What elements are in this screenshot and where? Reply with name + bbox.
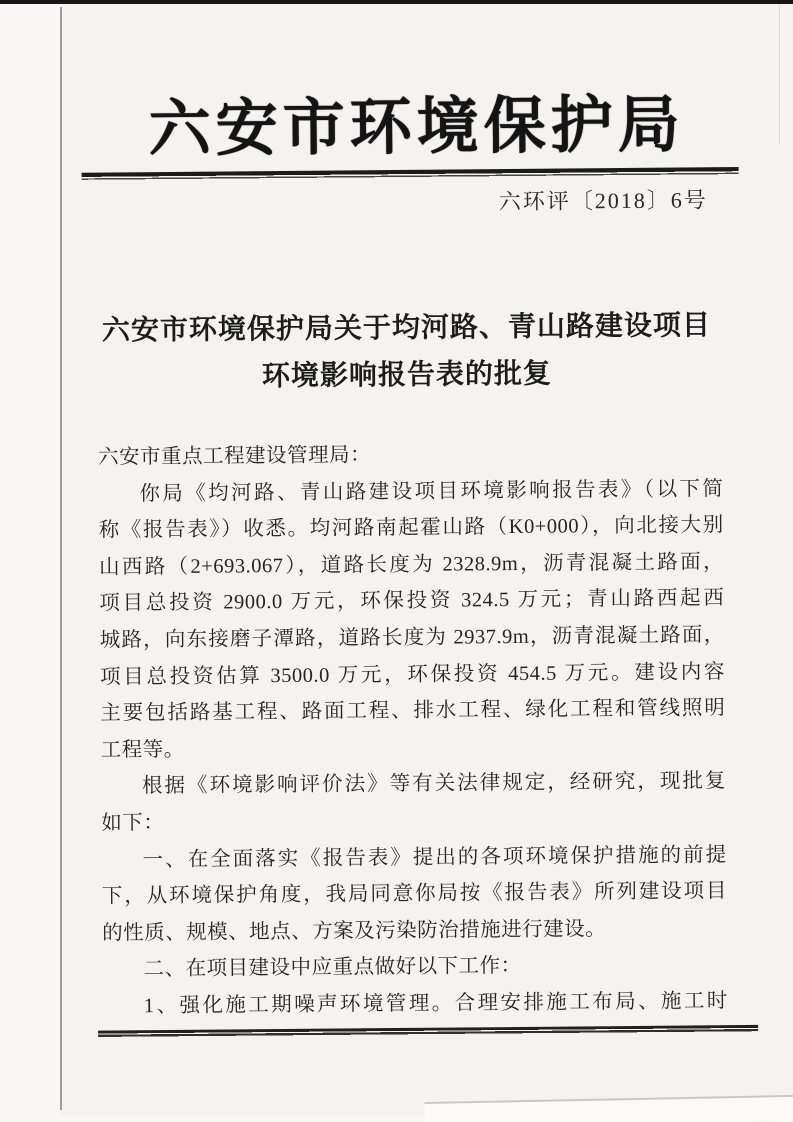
body-line: 下，从环境保护角度，我局同意你局按《报告表》所列建设项目 <box>102 873 727 915</box>
document-content: 六安市环境保护局 六环评〔2018〕6号 六安市环境保护局关于均河路、青山路建设… <box>0 0 793 1122</box>
body-line-subitem-1: 1、强化施工期噪声环境管理。合理安排施工布局、施工时 <box>103 983 728 1025</box>
agency-header: 六安市环境保护局 <box>20 82 793 173</box>
body-line: 根据《环境影响评价法》等有关法律规定，经研究，现批复 <box>101 764 726 806</box>
body-line: 主要包括路基工程、路面工程、排水工程、绿化工程和管线照明 <box>100 690 725 732</box>
body-line: 你局《均河路、青山路建设项目环境影响报告表》（以下简 <box>98 471 723 513</box>
body-line-item-2: 二、在项目建设中应重点做好以下工作： <box>102 946 727 988</box>
body-text: 六安市重点工程建设管理局： 你局《均河路、青山路建设项目环境影响报告表》（以下简… <box>98 434 728 1025</box>
body-line: 城路，向东接磨子潭路，道路长度为 2937.9m，沥青混凝土路面， <box>100 617 725 659</box>
body-line: 山西路（2+693.067），道路长度为 2328.9m，沥青混凝土路面， <box>99 544 724 586</box>
body-line-item-1: 一、在全面落实《报告表》提出的各项环境保护措施的前提 <box>101 837 726 879</box>
document-title-line2: 环境影响报告表的批复 <box>10 348 793 402</box>
body-line-salutation: 六安市重点工程建设管理局： <box>98 434 723 476</box>
body-line: 如下： <box>101 800 726 842</box>
document-title: 六安市环境保护局关于均河路、青山路建设项目 环境影响报告表的批复 <box>10 301 793 402</box>
body-line: 的性质、规模、地点、方案及污染防治措施进行建设。 <box>102 910 727 952</box>
footer-rule <box>98 1025 758 1038</box>
body-line: 项目总投资 2900.0 万元，环保投资 324.5 万元；青山路西起西 <box>99 581 724 623</box>
doc-number: 六环评〔2018〕6号 <box>499 183 708 216</box>
scan-page: 六安市环境保护局 六环评〔2018〕6号 六安市环境保护局关于均河路、青山路建设… <box>0 0 793 1122</box>
body-line: 称《报告表》）收悉。均河路南起霍山路（K0+000），向北接大别 <box>99 507 724 549</box>
paper-bottom-left-edge <box>0 1116 430 1122</box>
document-title-line1: 六安市环境保护局关于均河路、青山路建设项目 <box>10 301 793 355</box>
body-line: 项目总投资估算 3500.0 万元，环保投资 454.5 万元。建设内容 <box>100 654 725 696</box>
body-line: 工程等。 <box>100 727 725 769</box>
